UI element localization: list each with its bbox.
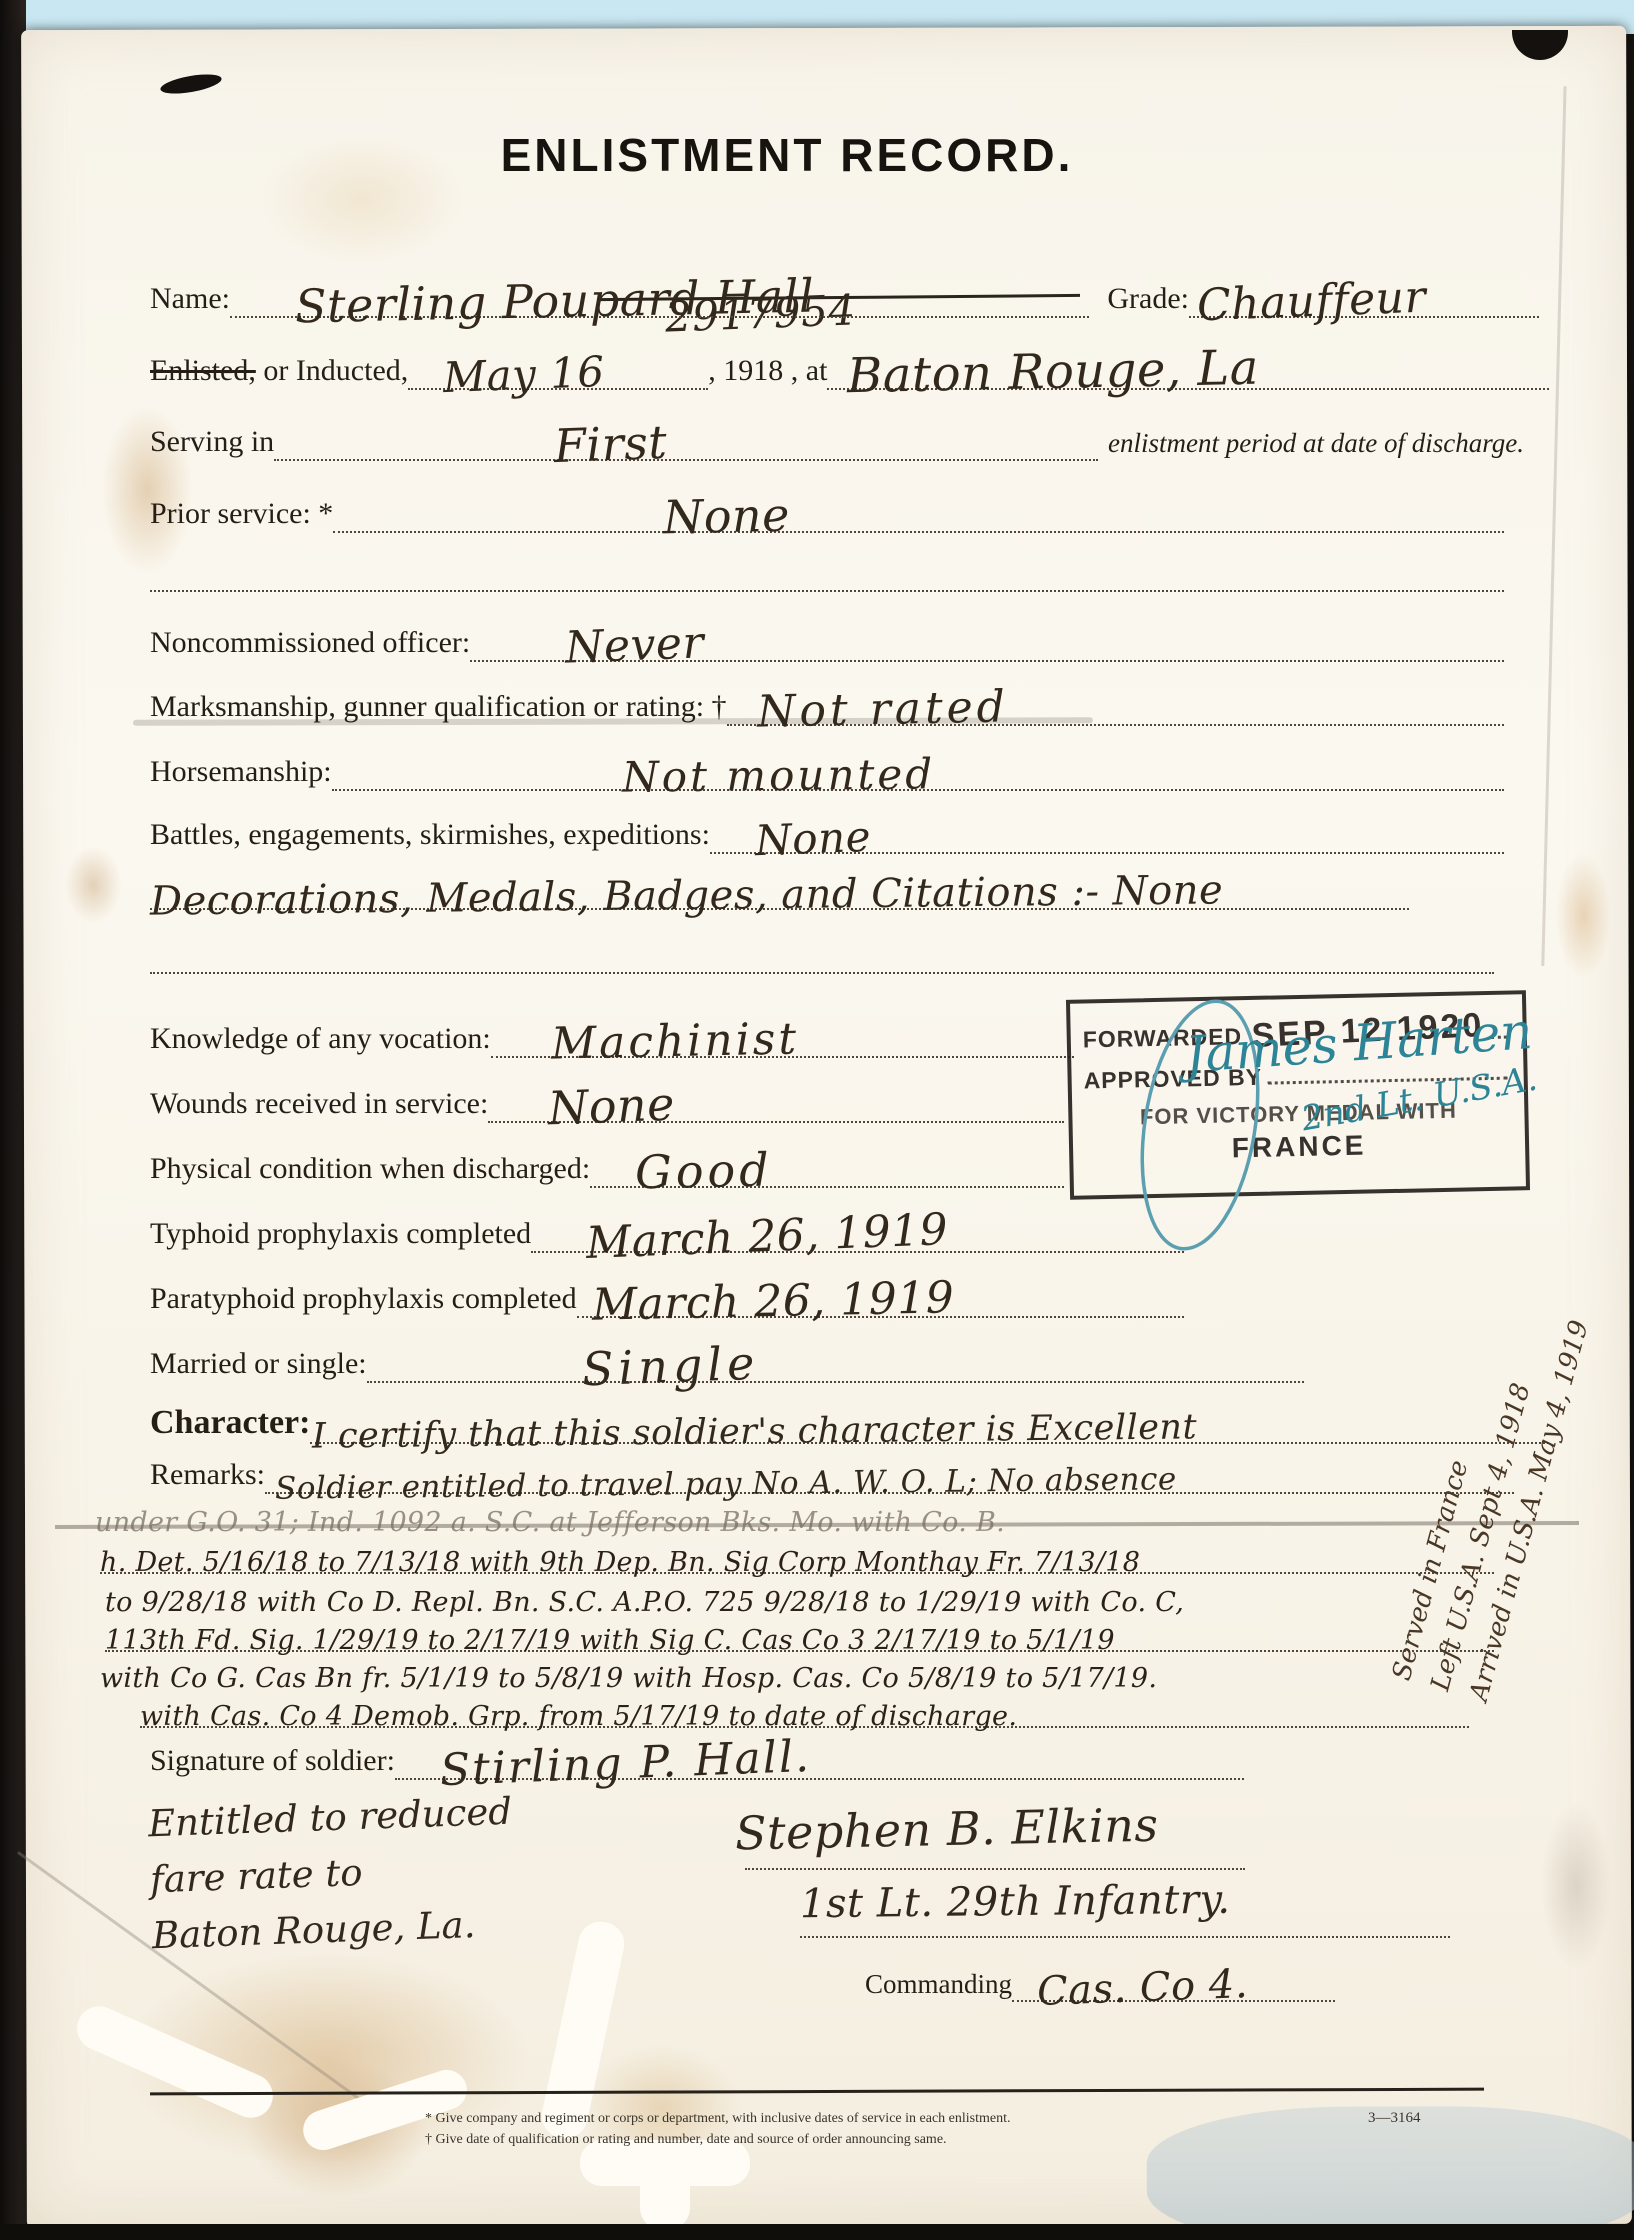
physical-value: Good xyxy=(635,1147,774,1196)
vocation-label: Knowledge of any vocation: xyxy=(150,1022,491,1058)
physical-label: Physical condition when discharged: xyxy=(150,1152,590,1188)
field-row-enlistment: Enlisted, or Inducted, May 16 , 1918 , a… xyxy=(150,342,1549,390)
enlisted-struck-label: Enlisted, or Inducted, xyxy=(150,354,408,390)
serving-suffix: enlistment period at date of discharge. xyxy=(1108,428,1524,461)
horsemanship-value: Not mounted xyxy=(621,753,935,798)
officer-title: 1st Lt. 29th Infantry. xyxy=(800,1880,1231,1925)
battles-value: None xyxy=(754,816,871,862)
wounds-value: None xyxy=(547,1081,675,1132)
field-row-physical: Physical condition when discharged: Good xyxy=(150,1140,1064,1188)
form-number: 3—3164 xyxy=(1368,2110,1421,2127)
field-row-married: Married or single: Single xyxy=(150,1335,1304,1383)
scan-mark xyxy=(159,71,223,98)
enlistment-mid-label: , 1918 , at xyxy=(708,354,827,390)
officer-signature: Stephen B. Elkins xyxy=(735,1802,1159,1857)
decorations-line: Decorations, Medals, Badges, and Citatio… xyxy=(150,860,1409,910)
character-label: Character: xyxy=(150,1404,310,1444)
remarks-line-4: to 9/28/18 with Co D. Repl. Bn. S.C. A.P… xyxy=(105,1572,1489,1612)
commanding-value: Cas. Co 4. xyxy=(1036,1964,1248,2012)
remarks-label: Remarks: xyxy=(150,1458,265,1494)
prior-service-label: Prior service: * xyxy=(150,497,333,533)
wounds-label: Wounds received in service: xyxy=(150,1087,488,1123)
footnotes: * Give company and regiment or corps or … xyxy=(425,2108,1010,2150)
reduced-fare-note: Entitled to reduced fare rate to Baton R… xyxy=(147,1784,517,1965)
page-title: ENLISTMENT RECORD. xyxy=(0,128,1574,182)
nco-label: Noncommissioned officer: xyxy=(150,626,470,662)
horsemanship-line: Not mounted xyxy=(332,743,1504,791)
remarks-line-5: 113th Fd. Sig. 1/29/19 to 2/17/19 with S… xyxy=(105,1610,1494,1652)
reduced-fare-line: Baton Rouge, La. xyxy=(151,1896,517,1965)
field-row-commanding: Commanding Cas. Co 4. xyxy=(865,1958,1335,2002)
decorations-value: Decorations, Medals, Badges, and Citatio… xyxy=(150,870,1224,921)
battles-label: Battles, engagements, skirmishes, expedi… xyxy=(150,818,710,854)
grade-line: Chauffeur xyxy=(1189,270,1539,318)
whiteout-mark xyxy=(70,1999,280,2125)
battles-line: None xyxy=(710,806,1504,854)
stamp-france-text: FRANCE xyxy=(1073,1126,1526,1167)
vocation-line: Machinist xyxy=(491,1008,1074,1058)
field-row-typhoid: Typhoid prophylaxis completed March 26, … xyxy=(150,1205,1184,1253)
footer-rule xyxy=(150,2088,1484,2096)
commanding-line: Cas. Co 4. xyxy=(1012,1956,1335,2002)
remarks-value-7: with Cas. Co 4 Demob. Grp. from 5/17/19 … xyxy=(140,1703,1017,1730)
officer-title-line xyxy=(800,1936,1450,1938)
scanned-enlistment-record: { "document": { "title": "ENLISTMENT REC… xyxy=(0,0,1634,2240)
nco-value: Never xyxy=(564,621,705,670)
typhoid-line: March 26, 1919 xyxy=(531,1203,1184,1253)
marksmanship-label: Marksmanship, gunner qualification or ra… xyxy=(150,690,727,726)
name-value: Sterling Poupard Hall xyxy=(295,273,815,330)
wounds-line: None xyxy=(488,1073,1064,1123)
field-row-marksmanship: Marksmanship, gunner qualification or ra… xyxy=(150,680,1504,726)
prior-service-line: None xyxy=(333,485,1504,533)
enlistment-place-value: Baton Rouge, La xyxy=(847,344,1260,401)
vocation-value: Machinist xyxy=(550,1017,799,1066)
name-label: Name: xyxy=(150,282,230,318)
blank-line xyxy=(150,932,1494,974)
field-row-paratyphoid: Paratyphoid prophylaxis completed March … xyxy=(150,1270,1184,1318)
serving-label: Serving in xyxy=(150,425,274,461)
nco-line: Never xyxy=(470,614,1504,662)
field-row-battles: Battles, engagements, skirmishes, expedi… xyxy=(150,808,1504,854)
footnote-2: † Give date of qualification or rating a… xyxy=(425,2129,1010,2150)
married-value: Single xyxy=(581,1340,760,1393)
character-line: I certify that this soldier's character … xyxy=(310,1396,1549,1444)
married-label: Married or single: xyxy=(150,1347,367,1383)
remarks-line-7: with Cas. Co 4 Demob. Grp. from 5/17/19 … xyxy=(140,1686,1469,1728)
prior-service-value: None xyxy=(663,492,791,541)
horsemanship-label: Horsemanship: xyxy=(150,755,332,791)
name-line: Sterling Poupard Hall xyxy=(230,270,1089,318)
character-value: I certify that this soldier's character … xyxy=(312,1410,1197,1454)
paratyphoid-value: March 26, 1919 xyxy=(591,1276,954,1328)
marksmanship-value: Not rated xyxy=(756,685,1009,734)
married-line: Single xyxy=(367,1333,1304,1383)
paratyphoid-label: Paratyphoid prophylaxis completed xyxy=(150,1282,577,1318)
punch-hole-mark xyxy=(1512,30,1568,60)
enlistment-date-value: May 16 xyxy=(443,351,606,399)
marksmanship-line: Not rated xyxy=(727,678,1504,726)
enlistment-date-line: May 16 xyxy=(408,340,708,390)
remarks-line-3: h. Det. 5/16/18 to 7/13/18 with 9th Dep.… xyxy=(100,1532,1494,1574)
whiteout-mark xyxy=(640,2160,690,2230)
form-content: ENLISTMENT RECORD. 2917954 Name: Sterlin… xyxy=(0,0,1634,2240)
footnote-1: * Give company and regiment or corps or … xyxy=(425,2108,1010,2129)
officer-signature-line xyxy=(745,1868,1245,1870)
blank-dotted-line xyxy=(150,934,1494,974)
physical-line: Good xyxy=(590,1138,1064,1188)
field-row-signature: Signature of soldier: Stirling P. Hall. xyxy=(150,1732,1244,1780)
field-row-horsemanship: Horsemanship: Not mounted xyxy=(150,745,1504,791)
field-row-vocation: Knowledge of any vocation: Machinist xyxy=(150,1010,1074,1058)
paratyphoid-line: March 26, 1919 xyxy=(577,1268,1184,1318)
serving-line: First xyxy=(274,413,1098,461)
remarks-line-1: Soldier entitled to travel pay No A. W. … xyxy=(265,1450,1514,1494)
field-row-prior-service: Prior service: * None xyxy=(150,487,1504,533)
field-row-decorations: Decorations, Medals, Badges, and Citatio… xyxy=(150,862,1409,910)
enlistment-place-line: Baton Rouge, La xyxy=(827,340,1549,390)
field-row-nco: Noncommissioned officer: Never xyxy=(150,616,1504,662)
field-row-serving: Serving in First enlistment period at da… xyxy=(150,415,1524,461)
serving-value: First xyxy=(553,419,668,469)
field-row-wounds: Wounds received in service: None xyxy=(150,1075,1064,1123)
typhoid-label: Typhoid prophylaxis completed xyxy=(150,1217,531,1253)
blank-line xyxy=(150,550,1504,592)
remarks-line-6: with Co G. Cas Bn fr. 5/1/19 to 5/8/19 w… xyxy=(100,1648,1484,1688)
commanding-label: Commanding xyxy=(865,1969,1012,2002)
scan-bottom-edge xyxy=(0,2224,1634,2240)
grade-label: Grade: xyxy=(1107,282,1189,318)
field-row-remarks: Remarks: Soldier entitled to travel pay … xyxy=(150,1452,1514,1494)
remarks-line-2: under G.O. 31; Ind. 1092 a. S.C. at Jeff… xyxy=(95,1492,1484,1532)
field-row-name: Name: Sterling Poupard Hall Grade: Chauf… xyxy=(150,272,1539,318)
blank-dotted-line xyxy=(150,552,1504,592)
grade-value: Chauffeur xyxy=(1196,276,1427,329)
typhoid-value: March 26, 1919 xyxy=(585,1208,949,1266)
signature-label: Signature of soldier: xyxy=(150,1744,395,1780)
field-row-character: Character: I certify that this soldier's… xyxy=(150,1398,1549,1444)
signature-line: Stirling P. Hall. xyxy=(395,1730,1244,1780)
